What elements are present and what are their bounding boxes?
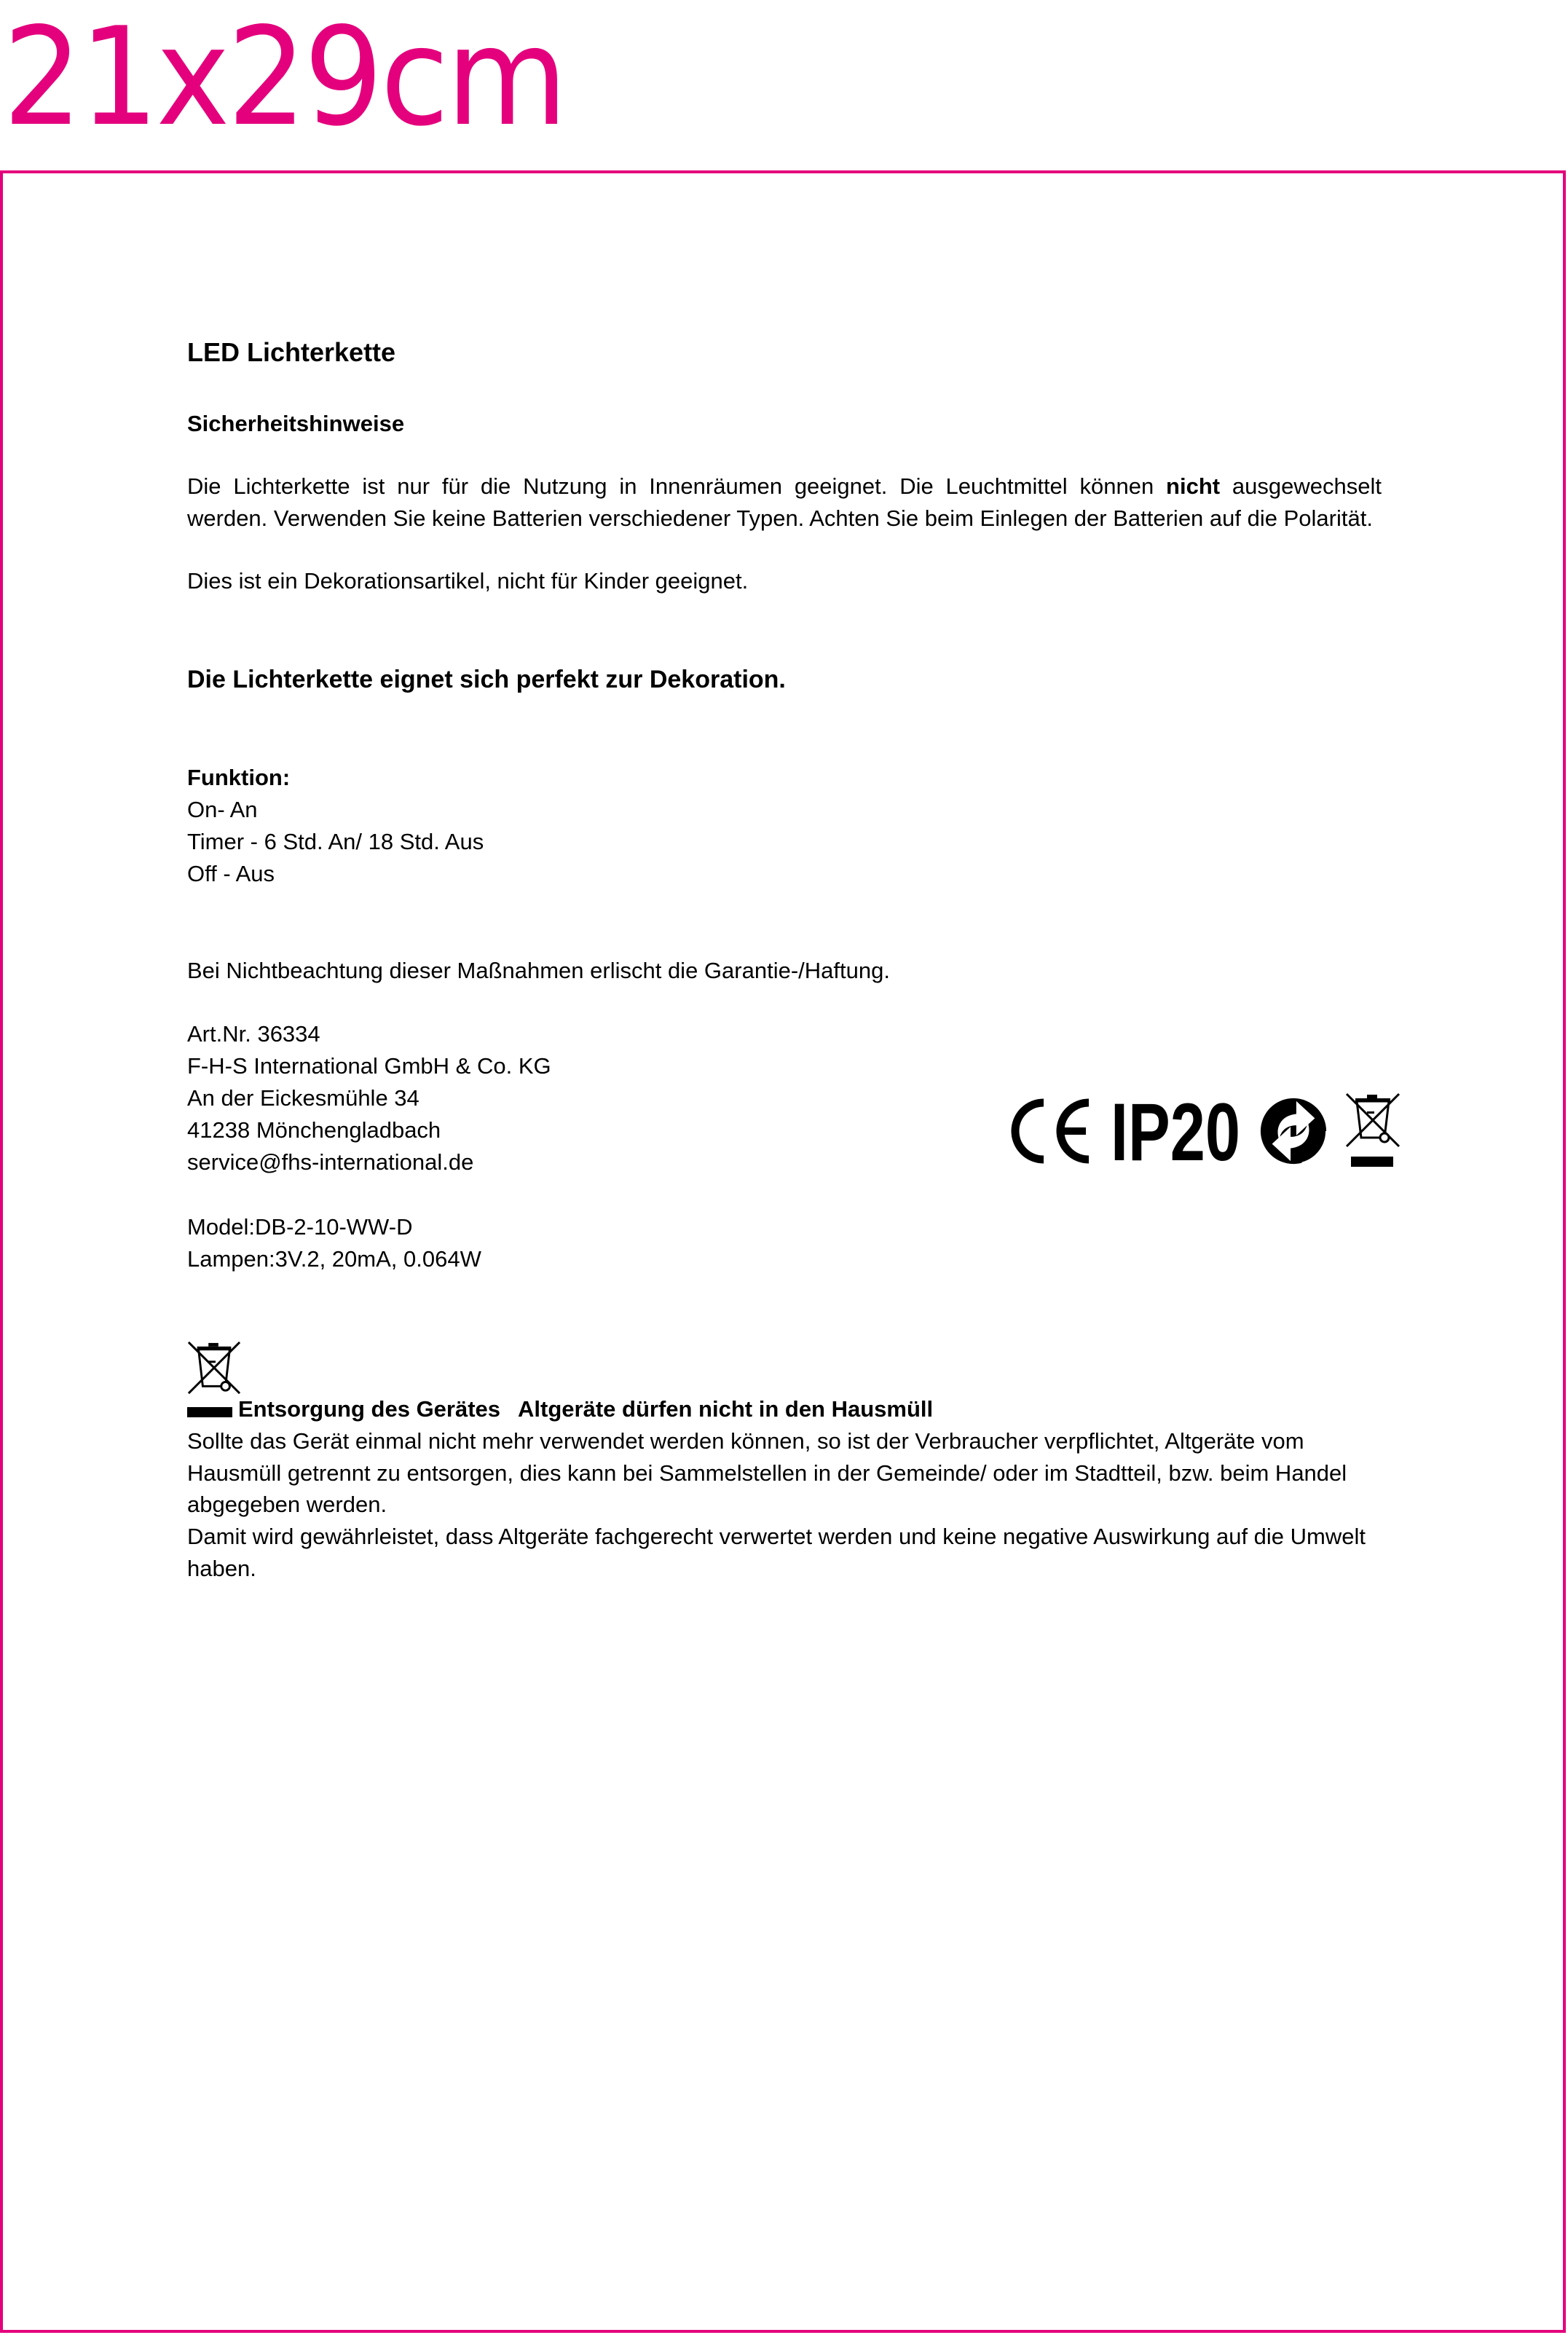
company-email: service@fhs-international.de	[187, 1146, 473, 1178]
disposal-paragraph: Sollte das Gerät einmal nicht mehr verwe…	[187, 1425, 1367, 1521]
disposal-note: Damit wird gewährleistet, dass Altgeräte…	[187, 1521, 1382, 1584]
company-city: 41238 Mönchengladbach	[187, 1114, 441, 1146]
document-title: LED Lichterkette	[187, 336, 395, 369]
safety-paragraph: Die Lichterkette ist nur für die Nutzung…	[187, 470, 1382, 534]
company-name: F-H-S International GmbH & Co. KG	[187, 1050, 551, 1082]
safety-note: Dies ist ein Dekorationsartikel, nicht f…	[187, 565, 748, 597]
article-number: Art.Nr. 36334	[187, 1018, 320, 1050]
lamp-specs: Lampen:3V.2, 20mA, 0.064W	[187, 1243, 481, 1275]
certification-symbols: IP20	[1007, 1089, 1400, 1173]
green-dot-recycling-icon	[1258, 1095, 1329, 1167]
weee-bar-icon	[187, 1407, 232, 1417]
ce-mark-icon	[1007, 1098, 1095, 1164]
safety-text-1: Die Lichterkette ist nur für die Nutzung…	[187, 473, 1166, 499]
disposal-heading-part2: Altgeräte dürfen nicht in den Hausmüll	[518, 1393, 933, 1425]
weee-crossed-bin-icon	[1345, 1092, 1400, 1170]
safety-heading: Sicherheitshinweise	[187, 408, 404, 440]
disposal-heading: Entsorgung des Gerätes Altgeräte dürfen …	[187, 1393, 933, 1425]
svg-text:IP20: IP20	[1111, 1096, 1240, 1166]
function-heading: Funktion:	[187, 762, 290, 794]
tagline: Die Lichterkette eignet sich perfekt zur…	[187, 664, 786, 696]
function-item: Timer - 6 Std. An/ 18 Std. Aus	[187, 826, 484, 858]
model-number: Model:DB-2-10-WW-D	[187, 1211, 412, 1243]
disposal-heading-part1: Entsorgung des Gerätes	[238, 1393, 500, 1425]
function-item: Off - Aus	[187, 858, 275, 890]
company-street: An der Eickesmühle 34	[187, 1082, 419, 1114]
function-item: On- An	[187, 794, 258, 826]
safety-text-bold: nicht	[1166, 473, 1220, 499]
weee-crossed-bin-icon	[187, 1340, 241, 1395]
warranty-note: Bei Nichtbeachtung dieser Maßnahmen erli…	[187, 955, 890, 987]
ip20-rating: IP20	[1111, 1096, 1242, 1166]
page-size-label: 21x29cm	[3, 4, 565, 150]
